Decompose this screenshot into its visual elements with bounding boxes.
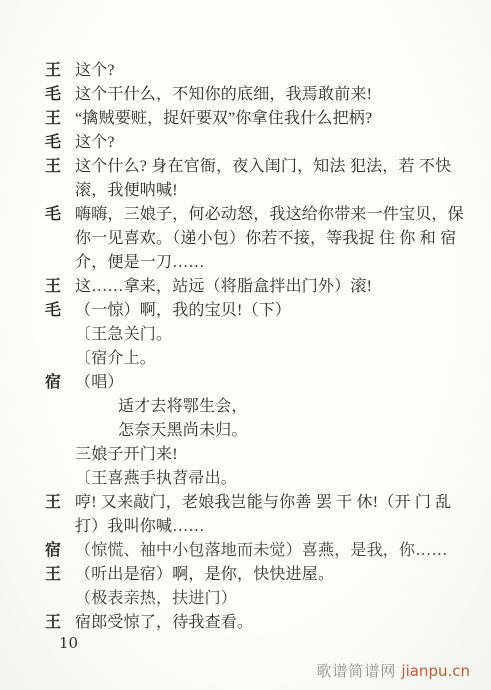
speech-lines: （听出是宿）啊，是你，快快进屋。（极表亲热，扶进门）: [75, 563, 457, 611]
script-block: 王（听出是宿）啊，是你，快快进屋。（极表亲热，扶进门）: [45, 563, 457, 611]
watermark-site-name: 歌谱简谱网: [316, 662, 396, 680]
speaker-label: 毛: [45, 203, 75, 227]
watermark-site-url: jianpu.cn: [401, 662, 470, 680]
speaker-label: 王: [45, 275, 75, 299]
speaker-label: 毛: [45, 83, 75, 107]
speech-lines: （唱）: [75, 371, 457, 395]
script-block: 〔王喜燕手执苕帚出。: [45, 467, 457, 491]
dialogue-line: 这个什么? 身在官衙，夜入闺门，知法 犯法，若 不快: [75, 155, 457, 179]
script-block: 宿（唱）: [45, 371, 457, 395]
speaker-label: 宿: [45, 371, 75, 395]
dialogue-line: 嗨嗨，三娘子，何必动怒，我这给你带来一件宝贝，保: [75, 203, 457, 227]
script-block: 三娘子开门来!: [45, 443, 457, 467]
speech-lines: 这个什么? 身在官衙，夜入闺门，知法 犯法，若 不快滚，我便呐喊!: [75, 155, 457, 203]
script-block: 王宿郎受惊了，待我查看。: [45, 611, 457, 635]
script-block: 〔宿介上。: [45, 347, 457, 371]
dialogue-line: 三娘子开门来!: [75, 443, 457, 467]
speech-lines: （惊慌、袖中小包落地而未觉）喜燕，是我，你……: [75, 539, 457, 563]
dialogue-line: （唱）: [75, 371, 457, 395]
dialogue-line: 这……拿来，站远（将脂盒拌出门外）滚!: [75, 275, 457, 299]
verse-line: 怎奈天黑尚未归。: [75, 419, 457, 443]
speaker-label: 毛: [45, 299, 75, 323]
dialogue-line: 介，便是一刀……: [75, 251, 457, 275]
speech-lines: 宿郎受惊了，待我查看。: [75, 611, 457, 635]
speech-lines: 〔王喜燕手执苕帚出。: [75, 467, 457, 491]
speech-lines: “擒贼要赃，捉奸要双”你拿住我什么把柄?: [75, 107, 457, 131]
dialogue-line: （听出是宿）啊，是你，快快进屋。: [75, 563, 457, 587]
script-block: 〔王急关门。: [45, 323, 457, 347]
script-block: 王这个什么? 身在官衙，夜入闺门，知法 犯法，若 不快滚，我便呐喊!: [45, 155, 457, 203]
speaker-label: 王: [45, 155, 75, 179]
speaker-label: 毛: [45, 131, 75, 155]
dialogue-line: 打）我叫你喊……: [75, 515, 457, 539]
script-block: 毛这个?: [45, 131, 457, 155]
watermark: 歌谱简谱网jianpu.cn: [316, 661, 470, 681]
script-block: 毛（一惊）啊，我的宝贝!（下）: [45, 299, 457, 323]
script-body: 王这个?毛这个干什么，不知你的底细，我焉敢前来!王“擒贼要赃，捉奸要双”你拿住我…: [45, 59, 457, 635]
speaker-label: 王: [45, 611, 75, 635]
script-block: 适才去将鄂生会，怎奈天黑尚未归。: [45, 395, 457, 443]
dialogue-line: 哼! 又来敲门，老娘我岂能与你善 罢 干 休!（开 门 乱: [75, 491, 457, 515]
dialogue-line: 这个?: [75, 59, 457, 83]
dialogue-line: 宿郎受惊了，待我查看。: [75, 611, 457, 635]
speaker-label: 王: [45, 491, 75, 515]
speaker-label: 王: [45, 563, 75, 587]
script-block: 王哼! 又来敲门，老娘我岂能与你善 罢 干 休!（开 门 乱打）我叫你喊……: [45, 491, 457, 539]
stage-direction-line: 〔王急关门。: [75, 323, 457, 347]
page-number: 10: [59, 633, 78, 653]
dialogue-line: 你一见喜欢。（递小包）你若不接，等我捉 住 你 和 宿: [75, 227, 457, 251]
speech-lines: 哼! 又来敲门，老娘我岂能与你善 罢 干 休!（开 门 乱打）我叫你喊……: [75, 491, 457, 539]
speech-lines: 这个?: [75, 59, 457, 83]
script-block: 毛这个干什么，不知你的底细，我焉敢前来!: [45, 83, 457, 107]
script-block: 王这个?: [45, 59, 457, 83]
action-note-line: （惊慌、袖中小包落地而未觉）喜燕，是我，你……: [75, 539, 457, 563]
stage-direction-line: 〔王喜燕手执苕帚出。: [75, 467, 457, 491]
action-note-line: （极表亲热，扶进门）: [75, 587, 457, 611]
scanned-script-page: 王这个?毛这个干什么，不知你的底细，我焉敢前来!王“擒贼要赃，捉奸要双”你拿住我…: [0, 0, 491, 690]
speech-lines: 〔王急关门。: [75, 323, 457, 347]
dialogue-line: 滚，我便呐喊!: [75, 179, 457, 203]
speech-lines: 三娘子开门来!: [75, 443, 457, 467]
speaker-label: 王: [45, 59, 75, 83]
stage-direction-line: 〔宿介上。: [75, 347, 457, 371]
speech-lines: （一惊）啊，我的宝贝!（下）: [75, 299, 457, 323]
verse-line: 适才去将鄂生会，: [75, 395, 457, 419]
speech-lines: 这……拿来，站远（将脂盒拌出门外）滚!: [75, 275, 457, 299]
speech-lines: 适才去将鄂生会，怎奈天黑尚未归。: [75, 395, 457, 443]
script-block: 毛嗨嗨，三娘子，何必动怒，我这给你带来一件宝贝，保你一见喜欢。（递小包）你若不接…: [45, 203, 457, 275]
speech-lines: 嗨嗨，三娘子，何必动怒，我这给你带来一件宝贝，保你一见喜欢。（递小包）你若不接，…: [75, 203, 457, 275]
dialogue-line: 这个?: [75, 131, 457, 155]
speech-lines: 这个干什么，不知你的底细，我焉敢前来!: [75, 83, 457, 107]
script-block: 宿（惊慌、袖中小包落地而未觉）喜燕，是我，你……: [45, 539, 457, 563]
dialogue-line: “擒贼要赃，捉奸要双”你拿住我什么把柄?: [75, 107, 457, 131]
speaker-label: 宿: [45, 539, 75, 563]
script-block: 王这……拿来，站远（将脂盒拌出门外）滚!: [45, 275, 457, 299]
speaker-label: 王: [45, 107, 75, 131]
speech-lines: 这个?: [75, 131, 457, 155]
dialogue-line: 这个干什么，不知你的底细，我焉敢前来!: [75, 83, 457, 107]
dialogue-line: （一惊）啊，我的宝贝!（下）: [75, 299, 457, 323]
speech-lines: 〔宿介上。: [75, 347, 457, 371]
script-block: 王“擒贼要赃，捉奸要双”你拿住我什么把柄?: [45, 107, 457, 131]
